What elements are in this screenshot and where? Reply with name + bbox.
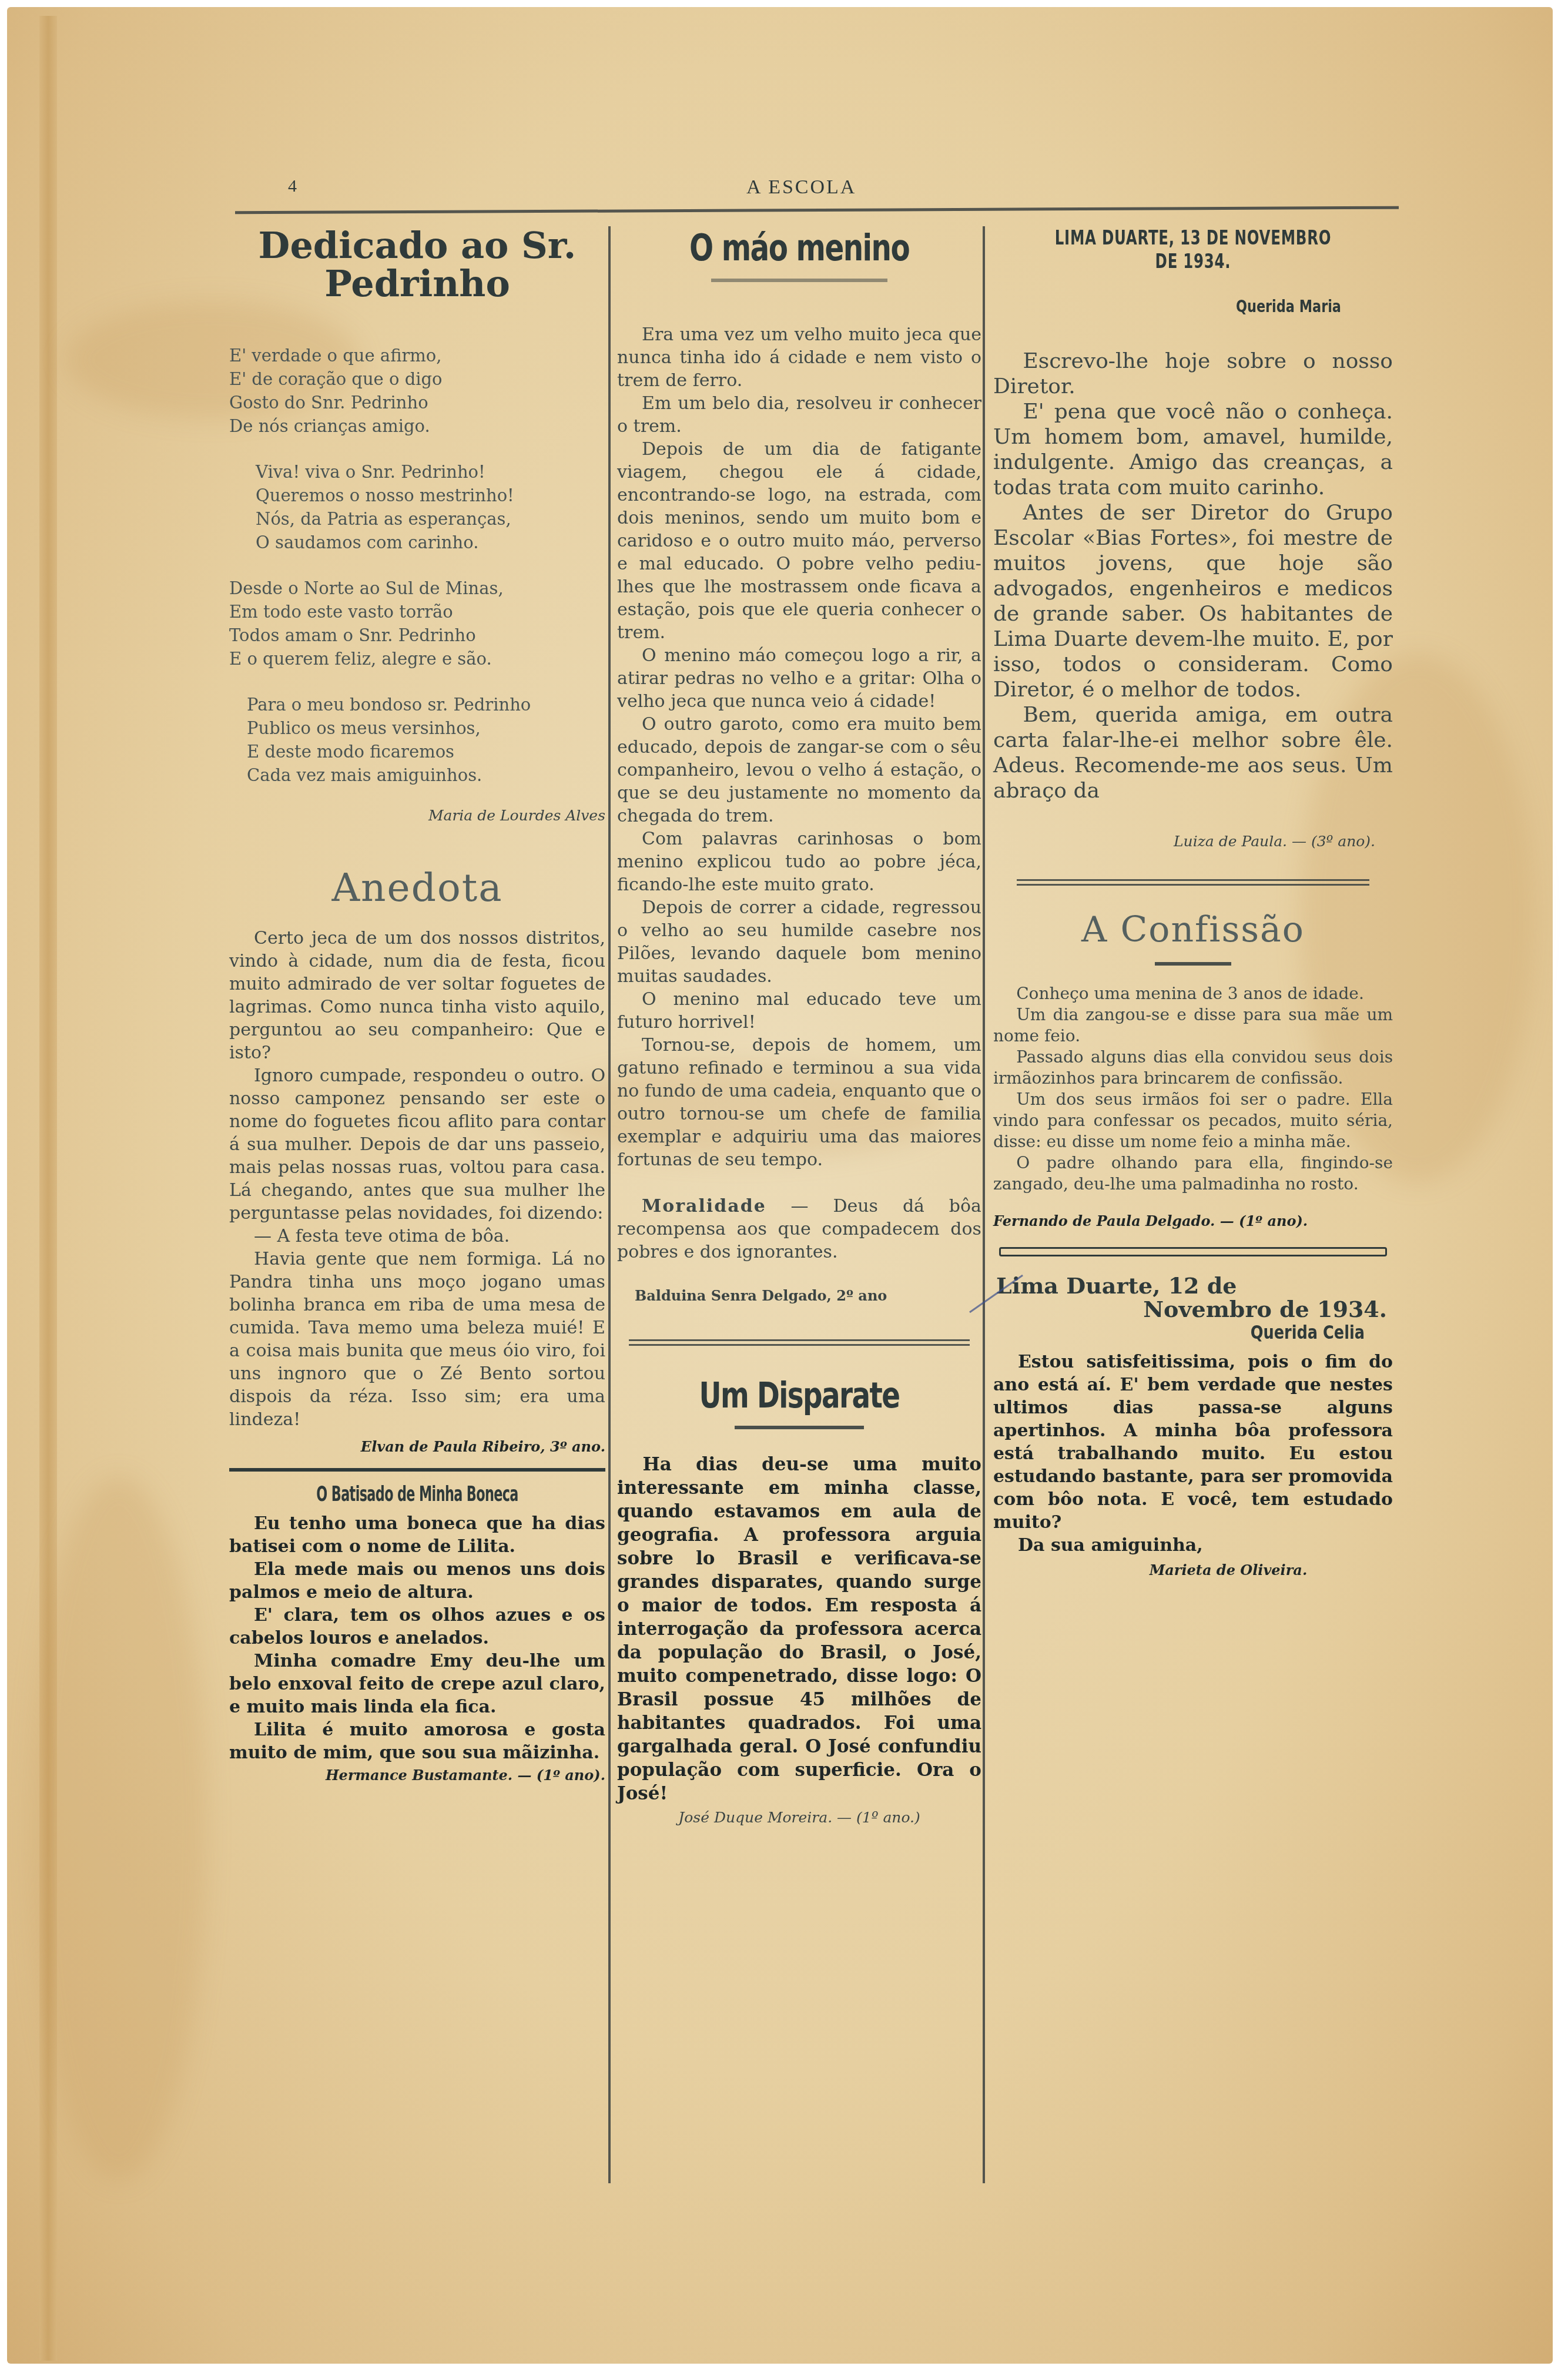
- title-rule: [1155, 962, 1231, 966]
- paragraph: Ignoro cumpade, respondeu o outro. O nos…: [229, 1064, 605, 1225]
- paragraph: E' clara, tem os olhos azues e os cabelo…: [229, 1604, 605, 1650]
- section-rule: [999, 1247, 1387, 1256]
- author-signature: Fernando de Paula Delgado. — (1º ano).: [993, 1212, 1393, 1229]
- paragraph: Conheço uma menina de 3 anos de idade.: [993, 983, 1393, 1004]
- verse: E' de coração que o digo: [229, 367, 605, 391]
- paragraph: Lilita é muito amorosa e gosta muito de …: [229, 1718, 605, 1764]
- article-confissao: A Confissão Conheço uma menina de 3 anos…: [993, 909, 1393, 1229]
- column-middle: O máo menino Era uma vez um velho muito …: [617, 226, 981, 1826]
- paragraph: Um dia zangou-se e disse para sua mãe um…: [993, 1004, 1393, 1047]
- moral-label: Moralidade: [642, 1196, 766, 1217]
- article-title: Anedota: [229, 865, 605, 910]
- moral: Moralidade — Deus dá bôa recompensa aos …: [617, 1195, 981, 1264]
- paragraph: Depois de correr a cidade, regressou o v…: [617, 896, 981, 988]
- article-mao-menino: O máo menino Era uma vez um velho muito …: [617, 226, 981, 1304]
- paragraph: Passado alguns dias ella convidou seus d…: [993, 1047, 1393, 1089]
- paragraph: O padre olhando para ella, fingindo-se z…: [993, 1152, 1393, 1195]
- article-title: O Batisado de Minha Boneca: [301, 1482, 534, 1506]
- letter-date: Novembro de 1934.: [993, 1298, 1393, 1321]
- verse: Publico os meus versinhos,: [247, 716, 605, 740]
- paragraph: Escrevo-lhe hoje sobre o nosso Diretor.: [993, 348, 1393, 399]
- verse: E deste modo ficaremos: [247, 740, 605, 763]
- paragraph: Antes de ser Diretor do Grupo Escolar «B…: [993, 500, 1393, 702]
- verse: Todos amam o Snr. Pedrinho: [229, 624, 605, 647]
- article-body: Era uma vez um velho muito jeca que nunc…: [617, 323, 981, 1264]
- article-boneca: O Batisado de Minha Boneca Eu tenho uma …: [229, 1482, 605, 1784]
- masthead: A ESCOLA: [746, 176, 856, 199]
- verse: Queremos o nosso mestrinho!: [256, 484, 605, 507]
- article-body: Eu tenho uma boneca que ha dias batisei …: [229, 1512, 605, 1764]
- article-body: Certo jeca de um dos nossos distritos, v…: [229, 927, 605, 1431]
- paragraph: Ha dias deu-se uma muito interessante em…: [617, 1453, 981, 1805]
- paragraph: Certo jeca de um dos nossos distritos, v…: [229, 927, 605, 1064]
- column-right: LIMA DUARTE, 13 DE NOVEMBRO DE 1934. Que…: [993, 226, 1393, 1579]
- verse: E o querem feliz, alegre e são.: [229, 647, 605, 671]
- paragraph: Depois de um dia de fatigante viagem, ch…: [617, 438, 981, 644]
- section-rule: [629, 1339, 970, 1346]
- letter-date: DE 1934.: [1049, 250, 1337, 273]
- stanza: Desde o Norte ao Sul de Minas, Em todo e…: [229, 577, 605, 671]
- paragraph: O menino mal educado teve um futuro horr…: [617, 988, 981, 1034]
- paragraph: — A festa teve otima de bôa.: [229, 1225, 605, 1248]
- stain: [31, 1476, 207, 2181]
- author-signature: Marieta de Oliveira.: [993, 1561, 1393, 1579]
- author-signature: Luiza de Paula. — (3º ano).: [993, 833, 1393, 850]
- author-signature: Hermance Bustamante. — (1º ano).: [229, 1767, 605, 1784]
- verse: De nós crianças amigo.: [229, 414, 605, 438]
- paragraph: Tornou-se, depois de homem, um gatuno re…: [617, 1034, 981, 1171]
- poem-pedrinho: Dedicado ao Sr. Pedrinho E' verdade o qu…: [229, 226, 605, 824]
- stanza: Viva! viva o Snr. Pedrinho! Queremos o n…: [229, 460, 605, 554]
- paragraph: Ela mede mais ou menos uns dois palmos e…: [229, 1558, 605, 1604]
- paragraph: Um dos seus irmãos foi ser o padre. Ella…: [993, 1089, 1393, 1152]
- verse: E' verdade o que afirmo,: [229, 344, 605, 367]
- verse: Em todo este vasto torrão: [229, 600, 605, 624]
- author-signature: Maria de Lourdes Alves: [229, 807, 605, 824]
- paragraph: Com palavras carinhosas o bom menino exp…: [617, 827, 981, 896]
- article-title: A Confissão: [993, 909, 1393, 950]
- paragraph: Eu tenho uma boneca que ha dias batisei …: [229, 1512, 605, 1558]
- paragraph: E' pena que você não o conheça. Um homem…: [993, 399, 1393, 500]
- salutation: Querida Celia: [1073, 1321, 1393, 1343]
- letter-body: Escrevo-lhe hoje sobre o nosso Diretor. …: [993, 348, 1393, 803]
- verse: Para o meu bondoso sr. Pedrinho: [247, 693, 605, 716]
- closing: Da sua amiguinha,: [993, 1534, 1393, 1557]
- verse: Gosto do Snr. Pedrinho: [229, 391, 605, 414]
- column-left: Dedicado ao Sr. Pedrinho E' verdade o qu…: [229, 226, 605, 1784]
- page-number: 4: [288, 176, 297, 196]
- salutation: Querida Maria: [1073, 297, 1393, 316]
- verse: Viva! viva o Snr. Pedrinho!: [256, 460, 605, 484]
- article-anedota: Anedota Certo jeca de um dos nossos dist…: [229, 865, 605, 1455]
- article-title: Pedrinho: [229, 264, 605, 303]
- paragraph: Havia gente que nem formiga. Lá no Pandr…: [229, 1248, 605, 1431]
- paragraph: Em um belo dia, resolveu ir conhecer o t…: [617, 392, 981, 438]
- column-divider: [608, 226, 611, 2183]
- author-signature: Elvan de Paula Ribeiro, 3º ano.: [229, 1438, 605, 1455]
- article-body: Ha dias deu-se uma muito interessante em…: [617, 1453, 981, 1805]
- paragraph: Minha comadre Emy deu-lhe um belo enxova…: [229, 1650, 605, 1718]
- paragraph: O outro garoto, como era muito bem educa…: [617, 713, 981, 827]
- article-body: Conheço uma menina de 3 anos de idade. U…: [993, 983, 1393, 1195]
- letter-body: Estou satisfeitissima, pois o fim do ano…: [993, 1350, 1393, 1557]
- title-rule: [711, 279, 887, 282]
- article-title: Dedicado ao Sr.: [229, 226, 605, 264]
- stanza: E' verdade o que afirmo, E' de coração q…: [229, 344, 605, 438]
- column-divider: [983, 226, 985, 2183]
- author-signature: José Duque Moreira. — (1º ano.): [617, 1809, 981, 1826]
- author-signature: Balduina Senra Delgado, 2º ano: [617, 1287, 981, 1304]
- section-rule: [229, 1468, 605, 1472]
- paragraph: Estou satisfeitissima, pois o fim do ano…: [993, 1350, 1393, 1534]
- letter-celia: Lima Duarte, 12 de Novembro de 1934. Que…: [993, 1274, 1393, 1579]
- article-title: Um Disparate: [657, 1375, 942, 1416]
- verse: O saudamos com carinho.: [256, 531, 605, 554]
- verse: Nós, da Patria as esperanças,: [256, 507, 605, 531]
- verse: Desde o Norte ao Sul de Minas,: [229, 577, 605, 600]
- title-rule: [735, 1426, 864, 1429]
- article-title: O máo menino: [657, 226, 942, 269]
- section-rule: [1017, 879, 1369, 886]
- letter-maria: LIMA DUARTE, 13 DE NOVEMBRO DE 1934. Que…: [993, 226, 1393, 850]
- paragraph: O menino máo começou logo a rir, a atira…: [617, 644, 981, 713]
- paragraph: Era uma vez um velho muito jeca que nunc…: [617, 323, 981, 392]
- poem-body: E' verdade o que afirmo, E' de coração q…: [229, 344, 605, 787]
- paragraph: Bem, querida amiga, em outra carta falar…: [993, 702, 1393, 803]
- article-disparate: Um Disparate Ha dias deu-se uma muito in…: [617, 1375, 981, 1826]
- letter-date: Lima Duarte, 12 de: [993, 1274, 1393, 1298]
- letter-date: LIMA DUARTE, 13 DE NOVEMBRO: [1049, 226, 1337, 250]
- stanza: Para o meu bondoso sr. Pedrinho Publico …: [229, 693, 605, 787]
- verse: Cada vez mais amiguinhos.: [247, 763, 605, 787]
